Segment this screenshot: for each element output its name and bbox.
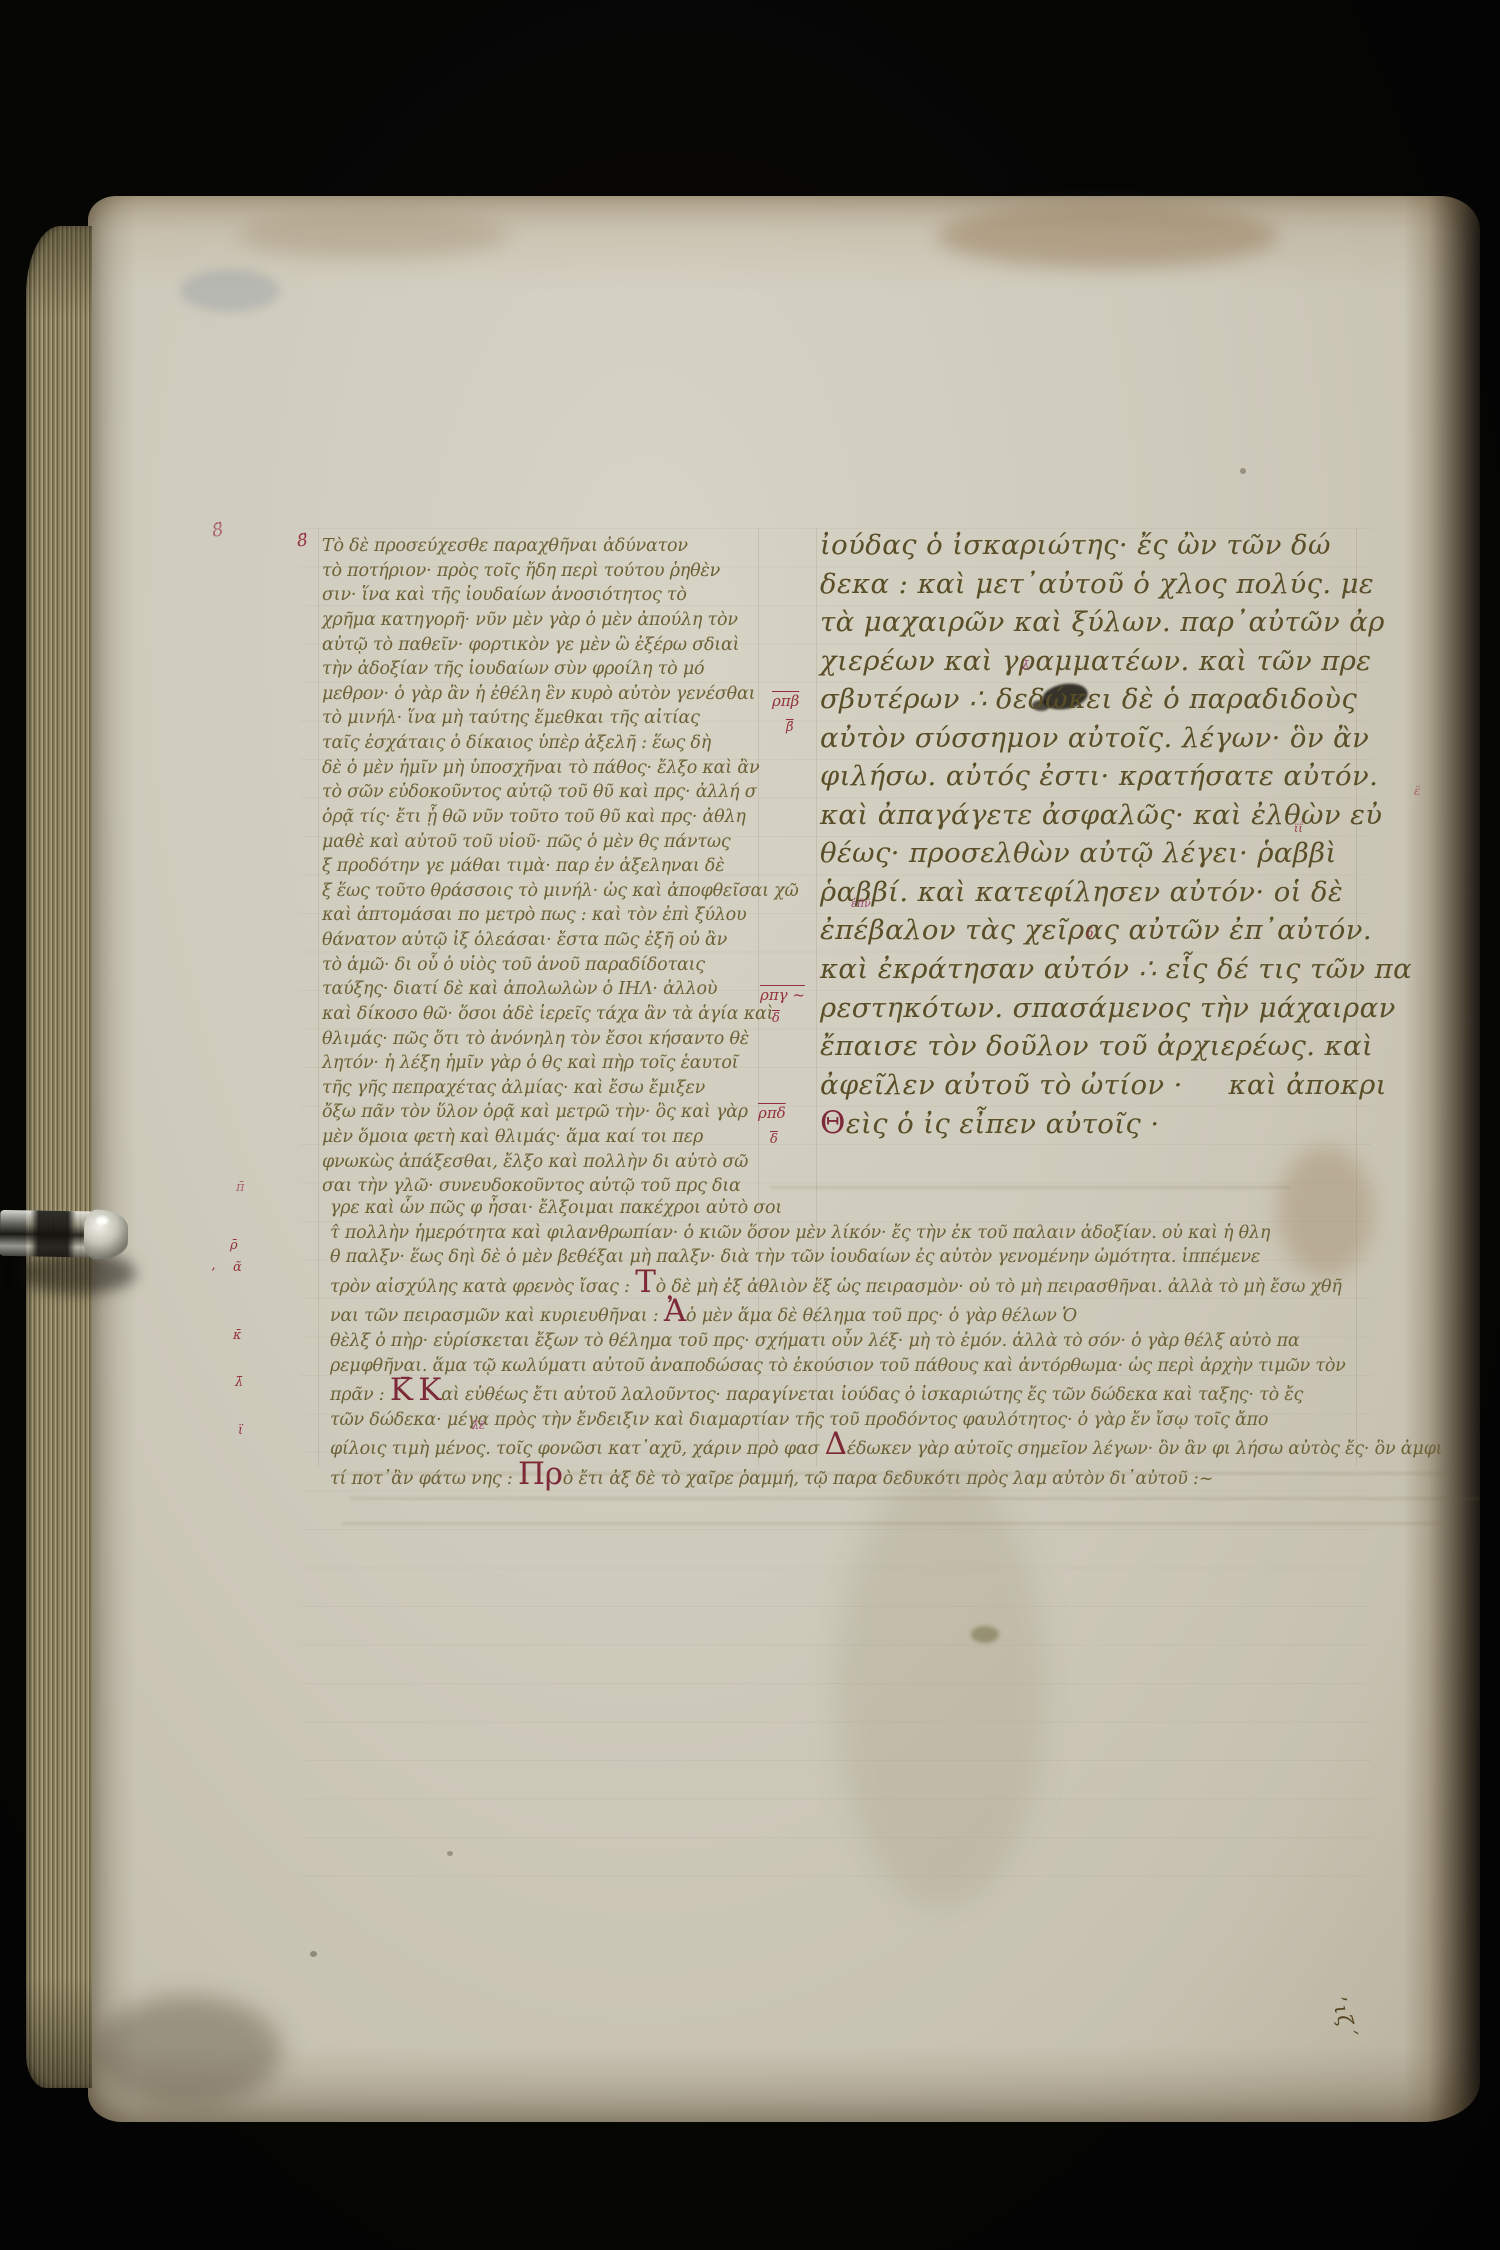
- text-line: τὸ ἁμῶ· δι οὗ ὁ υἱὸς τοῦ ἀνοῦ παραδίδοτα…: [322, 953, 768, 978]
- stain-top-right: [938, 204, 1278, 268]
- ruling-vertical-left: [318, 528, 319, 1466]
- text-line: τὸ μινήλ· ἵνα μὴ ταύτης ἔμεθκαι τῆς αἰτί…: [322, 706, 768, 731]
- text-line: δεκα : καὶ μετ᾽αὐτοῦ ὁ χλος πολύς. με: [820, 565, 1365, 604]
- text-line: φίλοις τιμὴ μένος. τοῖς φονῶσι κατ᾽αχῦ, …: [330, 1432, 1305, 1462]
- text-line: γρε καὶ ὧν πῶς φ ἦσαι· ἔλξοιμαι πακέχροι…: [330, 1196, 1305, 1221]
- glass-rod-weight[interactable]: [0, 1201, 131, 1265]
- text-line: δὲ ὁ μὲν ἡμῖν μὴ ὑποσχῆναι τὸ πάθος· ἔλξ…: [322, 756, 768, 781]
- text-line: τ̂ πολλὴν ἡμερότητα καὶ φιλανθρωπίαν· ὁ …: [330, 1221, 1305, 1246]
- text-line: ῥαββί. καὶ κατεφίλησεν αὐτόν· οἱ δὲ: [820, 873, 1365, 912]
- stain-top-left: [238, 212, 508, 258]
- text-line: ἰούδας ὁ ἰσκαριώτης· ἔς ὢν τῶν δώ: [820, 526, 1365, 565]
- text-line: θέως· προσελθὼν αὐτῷ λέγει· ῥαββὶ: [820, 834, 1365, 873]
- text-line: ρεστηκότων. σπασάμενος τὴν μάχαιραν: [820, 989, 1365, 1028]
- glass-rod-dark-band: [30, 1210, 77, 1257]
- text-line: πρᾶν : Κ̄ Καὶ εὐθέως ἔτι αὐτοῦ λαλοῦντος…: [330, 1378, 1305, 1408]
- text-line: χρῆμα κατηγορῆ· νῦν μὲν γὰρ ὁ μὲν ἀπούλη…: [322, 608, 768, 633]
- text-line: τὸ σῶν εὐδοκοῦντος αὐτῷ τοῦ θῦ καὶ πρς· …: [322, 780, 768, 805]
- text-line: καὶ ἀπαγάγετε ἀσφαλῶς· καὶ ἐλθὼν εὐ: [820, 796, 1365, 835]
- text-line: θάνατον αὐτῷ ἰξ ὁλεάσαι· ἔστα πῶς ἐξῆ οὐ…: [322, 928, 768, 953]
- text-line: σβυτέρων ∴ δεδώκει δὲ ὁ παραδιδοὺς: [820, 680, 1365, 719]
- rubric-mark: δ: [772, 1011, 780, 1026]
- rubric-mark: ε̈: [1414, 784, 1420, 798]
- speck-3: [1240, 468, 1246, 474]
- rubric-mark: δ: [770, 1132, 778, 1147]
- text-line: ὁρᾷ τίς· ἔτι ᾗ θῶ νῦν τοῦτο τοῦ θῦ καὶ π…: [322, 805, 768, 830]
- text-line: ταύξης· διατί δὲ καὶ ἀπολωλὼν ὁ ΙΗΛ· ἀλλ…: [322, 977, 768, 1002]
- text-line: Τὸ δὲ προσεύχεσθε παραχθῆναι ἀδύνατον: [322, 534, 768, 559]
- smudge-blue: [180, 270, 280, 312]
- rubric-mark: β̈: [786, 720, 794, 735]
- text-line: καὶ ἐκράτησαν αὐτόν ∴ εἷς δέ τις τῶν πα: [820, 950, 1365, 989]
- gospel-text-column-right: ἰούδας ὁ ἰσκαριώτης· ἔς ὢν τῶν δώδεκα : …: [820, 526, 1365, 1144]
- text-line: ἀφεῖλεν αὐτοῦ τὸ ὠτίον · καὶ ἀποκρι: [820, 1066, 1365, 1105]
- text-line: τῆς γῆς πεπραχέτας ἀλμίας· καὶ ἔσω ἔμιξε…: [322, 1076, 768, 1101]
- text-line: τὸ ποτήριον· πρὸς τοῖς ἤδη περὶ τούτου ῥ…: [322, 559, 768, 584]
- speck-1: [310, 1951, 317, 1957]
- rubric-mark: ϊΐ: [1294, 822, 1303, 835]
- manuscript-photo: Τὸ δὲ προσεύχεσθε παραχθῆναι ἀδύνατοντὸ …: [0, 0, 1500, 2250]
- text-line: θὲλξ ὁ πὴρ· εὑρίσκεται ἔξων τὸ θέλημα το…: [330, 1329, 1305, 1354]
- text-line: θ παλξν· ἕως δηὶ δὲ ὁ μὲν βεθέξαι μὴ παλ…: [330, 1245, 1305, 1270]
- text-line: σιν· ἵνα καὶ τῆς ἰουδαίων ἁνοσιότητος τὸ: [322, 583, 768, 608]
- text-line: ταῖς ἐσχάταις ὁ δίκαιος ὑπὲρ ἀξελῆ : ἕως…: [322, 731, 768, 756]
- rubric-mark: ρ̄: [230, 1238, 238, 1253]
- rubric-mark: ϊ: [238, 1423, 243, 1438]
- text-line: μαθὲ καὶ αὐτοῦ τοῦ υἱοῦ· πῶς ὁ μὲν θς πά…: [322, 830, 768, 855]
- rubric-mark: ρπβ: [772, 692, 799, 710]
- text-line: ναι τῶν πειρασμῶν καὶ κυριευθῆναι : Ἀὁ μ…: [330, 1299, 1305, 1329]
- text-line: τί ποτ᾽ἂν φάτω νης : Πρὸ ἔτι ἀξ δὲ τὸ χα…: [330, 1462, 1305, 1492]
- rubric-mark: ἐπ̄ν̄: [851, 897, 871, 910]
- rubric-mark: κ̄: [233, 1328, 242, 1343]
- book-fore-edge-stack: [26, 226, 92, 2088]
- text-line: αὐτῷ τὸ παθεῖν· φορτικὸν γε μὲν ὢ ἐξέρω …: [322, 633, 768, 658]
- text-line: ἔπαισε τὸν δοῦλον τοῦ ἀρχιερέως. καὶ: [820, 1027, 1365, 1066]
- rubric-mark: λ̄: [235, 1375, 243, 1390]
- text-line: μεθρον· ὁ γὰρ ἂν ἡ ἐθέλη ἓν κυρὸ αὐτὸν γ…: [322, 682, 768, 707]
- text-line: καὶ δίκοσο θῶ· ὅσοι ἀδὲ ἱερεῖς τάχα ἂν τ…: [322, 1002, 768, 1027]
- rubric-mark: π̄: [236, 1180, 245, 1195]
- text-line: τὰ μαχαιρῶν καὶ ξύλων. παρ᾽αὐτῶν ἀρ: [820, 603, 1365, 642]
- glass-rod-highlight: [96, 1217, 108, 1225]
- text-line: τὴν ἀδοξίαν τῆς ἰουδαίων σὺν φροίλη τὸ μ…: [322, 657, 768, 682]
- rubric-mark: 8̈: [296, 530, 309, 551]
- corner-bottom-left-shadow: [92, 1996, 282, 2106]
- show-through-line: [770, 1186, 1290, 1189]
- text-line: Θεὶς ὁ ἰς εἶπεν αὐτοῖς ·: [820, 1104, 1365, 1144]
- text-line: φιλήσω. αὐτός ἐστι· κρατήσατε αὐτόν.: [820, 757, 1365, 796]
- text-line: καὶ ἀπτομάσαι πο μετρὸ πως : καὶ τὸν ἐπὶ…: [322, 903, 768, 928]
- commentary-block-bottom: γρε καὶ ὧν πῶς φ ἦσαι· ἔλξοιμαι πακέχροι…: [330, 1196, 1305, 1492]
- rubric-mark: λ̄: [1022, 658, 1030, 672]
- text-line: ξ ἕως τοῦτο θράσσοις τὸ μινήλ· ὡς καὶ ἀπ…: [322, 879, 768, 904]
- rubric-mark: ρπδ: [758, 1104, 786, 1122]
- text-line: λητόν· ἡ λέξη ἡμῖν γὰρ ὁ θς καὶ πὴρ τοῖς…: [322, 1051, 768, 1076]
- rubric-mark: ’: [211, 1266, 215, 1282]
- rubric-mark: ρπγ ~: [760, 986, 805, 1004]
- show-through-line: [350, 1497, 1480, 1500]
- rubric-mark: λ̄ε̄: [472, 1419, 485, 1432]
- text-line: φνωκὼς ἀπάξεσθαι, ἔλξο καὶ πολλὴν δι αὐτ…: [322, 1150, 768, 1175]
- text-line: θλιμάς· πῶς ὅτι τὸ ἀνόνηλη τὸν ἔσοι κήσα…: [322, 1027, 768, 1052]
- text-line: τρὸν αἰσχύλης κατὰ φρενὸς ἴσας : Τὸ δὲ μ…: [330, 1270, 1305, 1300]
- text-line: ξ προδότην γε μάθαι τιμὰ· παρ ἐν ἀξεληνα…: [322, 854, 768, 879]
- text-line: ὄξω πᾶν τὸν ὕλον ὁρᾷ καὶ μετρῶ τὴν· ὃς κ…: [322, 1100, 768, 1125]
- commentary-column-left: Τὸ δὲ προσεύχεσθε παραχθῆναι ἀδύνατοντὸ …: [322, 534, 768, 1199]
- text-line: αὐτὸν σύσσημον αὐτοῖς. λέγων· ὃν ἂν: [820, 719, 1365, 758]
- rubric-mark: ὅ: [1086, 926, 1093, 940]
- show-through-line: [342, 1522, 1442, 1525]
- text-line: χιερέων καὶ γραμματέων. καὶ τῶν πρε: [820, 642, 1365, 681]
- rubric-mark: ᾶ: [233, 1260, 242, 1275]
- text-line: ρεμφθῆναι. ἅμα τῷ κωλύματι αὐτοῦ ἀναποδώ…: [330, 1354, 1305, 1379]
- text-line: μὲν ὅμοια φετὴ καὶ θλιμάς· ἅμα καί τοι π…: [322, 1125, 768, 1150]
